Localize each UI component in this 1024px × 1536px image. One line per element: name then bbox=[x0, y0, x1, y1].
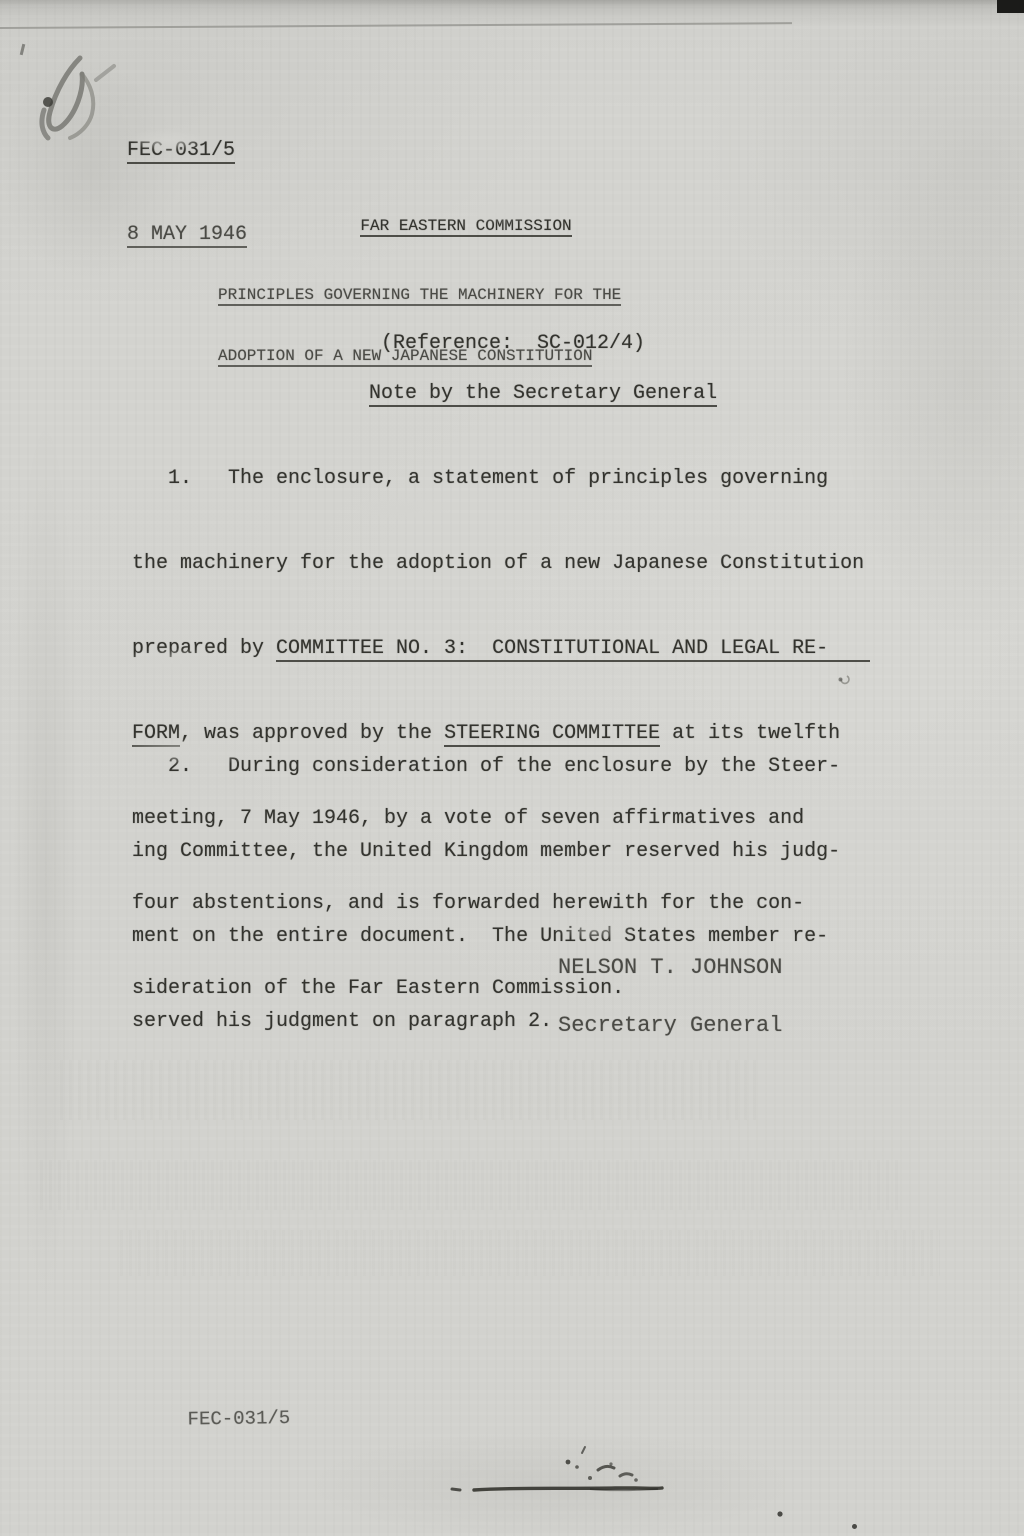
ink-smudge-line bbox=[440, 1440, 860, 1536]
scan-shading bbox=[300, 1430, 800, 1536]
signature-block: NELSON T. JOHNSON Secretary General bbox=[558, 921, 782, 1073]
doc-number: FEC-031/5 bbox=[127, 139, 235, 164]
paragraph-1-line-1: 1. The enclosure, a statement of princip… bbox=[168, 459, 870, 498]
paragraph-2-line-2: ing Committee, the United Kingdom member… bbox=[132, 832, 840, 871]
reference-line: (Reference: SC-012/4) bbox=[381, 332, 645, 355]
scan-shading bbox=[10, 420, 80, 1320]
signature-name: NELSON T. JOHNSON bbox=[558, 957, 782, 979]
signature-title: Secretary General bbox=[558, 1015, 782, 1037]
handwritten-scribble bbox=[18, 50, 138, 160]
scan-speck bbox=[20, 44, 26, 55]
paragraph-2-line-1: 2. During consideration of the enclosure… bbox=[168, 747, 840, 786]
organization-heading-wrap: FAR EASTERN COMMISSION bbox=[322, 199, 572, 253]
title-line-1: PRINCIPLES GOVERNING THE MACHINERY FOR T… bbox=[218, 286, 621, 306]
scan-corner-artifact bbox=[997, 0, 1024, 13]
doc-date: 8 MAY 1946 bbox=[127, 223, 247, 248]
footer-doc-number: FEC-031/5 bbox=[187, 1407, 290, 1430]
paragraph-1-line-3: prepared by COMMITTEE NO. 3: CONSTITUTIO… bbox=[132, 629, 870, 668]
note-heading: Note by the Secretary General bbox=[369, 382, 717, 407]
footer-doc-number-wrap: FEC-031/5 bbox=[142, 1385, 291, 1453]
ink-dot-bottom bbox=[852, 1524, 857, 1529]
scanned-document-page: FEC-031/5 8 MAY 1946 FAR EASTERN COMMISS… bbox=[0, 0, 1024, 1536]
paragraph-1-line-2: the machinery for the adoption of a new … bbox=[132, 544, 870, 583]
organization-title: FAR EASTERN COMMISSION bbox=[360, 217, 571, 237]
scan-edge-line bbox=[0, 22, 792, 28]
scan-noise-band bbox=[120, 1230, 940, 1276]
committee-no3-underlined: COMMITTEE NO. 3: CONSTITUTIONAL AND LEGA… bbox=[276, 637, 870, 662]
scan-noise-band bbox=[40, 1160, 900, 1210]
